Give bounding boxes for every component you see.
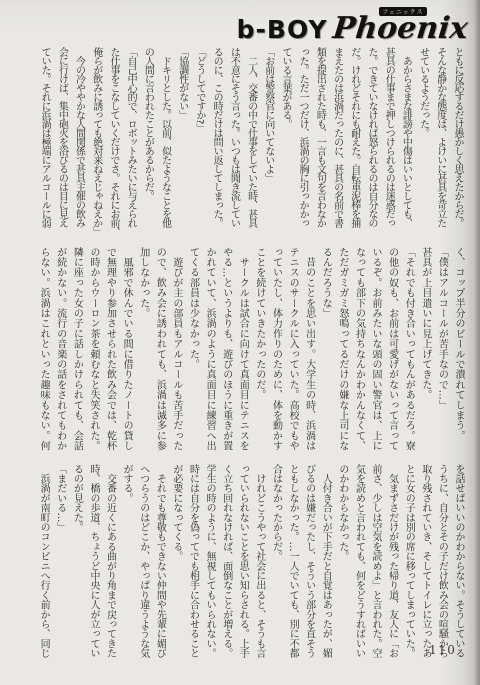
text-column: だ。けれどそれにも耐えた。自転車泥棒を捕 (346, 47, 363, 243)
text-column: 「まだいる…」 (51, 464, 68, 666)
text-column: のかわからなかった。 (333, 464, 350, 666)
text-column: 合はなかったからだ。 (267, 464, 284, 666)
text-column: それでも尊敬もできない仲間や先輩に媚び (151, 464, 168, 666)
text-column: 会に行けば、集中砲火を浴びるのは目に見え (53, 47, 70, 243)
text-column: 時には自分を偽ってでも相手に合わせること (184, 464, 201, 666)
text-column: 「僕はアルコールが苦手なので…」 (433, 247, 450, 459)
text-column: まえたのは浜渦だったのに、甚具の名前で書 (328, 47, 345, 243)
text-column: っていたし、体力作りのために、体を動かす (267, 247, 284, 459)
text-column: は不意にそう言った。いつもは聞き流してい (225, 47, 242, 243)
text-column: 「お前は警察官に向いてないよ」 (260, 47, 277, 243)
text-column: 「それでも付き合いってもんがあるだろ。寮 (400, 247, 417, 459)
text-column: た。できていなければ怒られるのは自分なの (363, 47, 380, 243)
text-column: ともしなかった。…一人でいても、別に不都 (283, 464, 300, 666)
logo-phoenix-wrap: フェニックス Phoenix (333, 8, 468, 44)
text-column: てくる部員は少なかった。 (184, 247, 201, 459)
text-column: 人付き合いが下手だと自覚はあったが、媚 (317, 464, 334, 666)
text-tier-top: ともに反応するだけ愚かしく思えたからだ。そんな静かな態度は、よけいに甚具を苛立た… (36, 47, 466, 243)
text-column: ただガミガミ怒鳴ってるだけの嫌な上司にな (333, 247, 350, 459)
text-column: うちに、自分とその子だけ飲み会の喧騒から (433, 464, 450, 666)
text-column: へつらうのはどこか、やっぱり違うような気 (134, 464, 151, 666)
text-column: の時からウーロン茶を頼むなと失笑された。 (84, 247, 101, 459)
text-column: が必要になってくる。 (167, 464, 184, 666)
text-column: ドキリとした。以前、似たようなことを他 (156, 47, 173, 243)
text-column: びるのは嫌だったし、そういう部分を直そう (300, 464, 317, 666)
text-column: 学生の時のように、無視してもいられない。 (201, 464, 218, 666)
text-column: 昔のことを思い出す。大学生の時、浜渦は (300, 247, 317, 459)
text-column: 時、橋の歩道、ちょうど中央に人が立ってい (84, 464, 101, 666)
text-column: ていた。それに浜渦は極端にアルコールに弱 (36, 47, 53, 243)
text-column: を話せばいいのかわからない。そうしている (449, 464, 466, 666)
text-column: なっても部下の気持ちなんかわかんなくて、 (350, 247, 367, 459)
text-column: 二人、交番の中で仕事をしていた時、甚具 (242, 47, 259, 243)
text-column: った。ただ一つだけ、浜渦の胸に引っかかっ (294, 47, 311, 243)
text-column: 隣に座った女の子に話しかけられても、会話 (68, 247, 85, 459)
text-column: の人間に言われたことがあるからだ。 (139, 47, 156, 243)
magazine-logo: b-BOY フェニックス Phoenix (0, 8, 468, 44)
text-column: かれていて、浜渦のように真面目に練習へ出 (201, 247, 218, 459)
text-column: 「協調性がない」 (174, 47, 191, 243)
logo-phoenix-text: Phoenix (332, 14, 470, 44)
text-column: らない。浜渦はこれといった趣味もない。何 (35, 247, 52, 459)
text-column: るんだろうな」 (317, 247, 334, 459)
logo-bboy-text: b-BOY (237, 15, 328, 44)
text-column: 風邪で休んでいる間に借りたノートの貸し (118, 247, 135, 459)
text-column: がする。 (118, 464, 135, 666)
text-column: あからさまな誹謗や中傷はいいとしても、 (397, 47, 414, 243)
text-column: 今の冷ややかな人間関係で甚具主催の飲み (70, 47, 87, 243)
text-column: た仕事をこなしていくだけでさ。それにお前、 (105, 47, 122, 243)
text-column: けれどこうやって社会に出ると、そうも言 (250, 464, 267, 666)
text-column: サークルは試合に向けて真面目にテニスを (234, 247, 251, 459)
text-column: そんな静かな態度は、よけいに甚具を苛立た (432, 47, 449, 243)
text-column: ともに反応するだけ愚かしく思えたからだ。 (449, 47, 466, 243)
text-column: いるぞ。お前みたいな頭の固い警官は、上に (366, 247, 383, 459)
text-column: 交番の近くにある曲がり角まで戻ってきた (101, 464, 118, 666)
text-column: 浜渦が南町のコンビニへ行く前から、同じ (35, 464, 52, 666)
text-column: るのに、この時だけは問い返してしまった。 (208, 47, 225, 243)
text-column: 遊びが主の部員もアルコールも苦手だった (167, 247, 184, 459)
text-column: せているようだった。 (414, 47, 431, 243)
text-column: るのが見えた。 (68, 464, 85, 666)
text-column: 俺らが飲みに誘っても絶対来ねえじゃねえか」 (88, 47, 105, 243)
text-column: 甚具の仕事まで押しつけられるのは迷惑だっ (380, 47, 397, 243)
text-column: ことを続けていきたかったのだ。 (250, 247, 267, 459)
text-column: やる…というよりも、遊びのほうに重きが置 (217, 247, 234, 459)
text-column: ので、飲み会に誘われても、浜渦は滅多に参 (151, 247, 168, 459)
text-column: テニスのサークルに入っていた。高校でもや (283, 247, 300, 459)
scanned-book-page: b-BOY フェニックス Phoenix ともに反応するだけ愚かしく思えたからだ… (0, 0, 480, 685)
text-column: 前さ、少しは空気を読めよ」と言われた。空 (366, 464, 383, 666)
text-column: 「自己中心的で、ロボットみたいに与えられ (122, 47, 139, 243)
text-column: く立ち回れなければ、面倒なことが増える。 (217, 464, 234, 666)
text-column: 甚具が上目遣いに見上げてきた。 (416, 247, 433, 459)
text-column: 取り残されていき、そしてトイレに立ったあ (416, 464, 433, 666)
text-column: の他の奴も、お前は可愛げがないって言って (383, 247, 400, 459)
text-column: 類を提出された時も、一言も文句を言わなか (311, 47, 328, 243)
text-column: ている言葉がある。 (277, 47, 294, 243)
text-tier-middle: く、コップ半分のビールで潰れてしまう。「僕はアルコールが苦手なので…」甚具が上目… (35, 247, 466, 459)
page-number: 110 (429, 643, 456, 657)
text-column: が続かない。流行の音楽の話をされてもわか (51, 247, 68, 459)
text-column: っていられないことを思い知らされる。上手 (234, 464, 251, 666)
binding-gutter-shadow (474, 0, 480, 685)
text-column: で無理やり参加させられた飲み会では、乾杯 (101, 247, 118, 459)
text-column: く、コップ半分のビールで潰れてしまう。 (449, 247, 466, 459)
text-column: 加しなかった。 (134, 247, 151, 459)
text-column: とに女の子は別の席に移ってしまっていた。 (400, 464, 417, 666)
text-tier-bottom: を話せばいいのかわからない。そうしているうちに、自分とその子だけ飲み会の喧騒から… (35, 464, 466, 666)
text-column: 気まずさだけが残った帰り道、友人に「お (383, 464, 400, 666)
text-column: 気を読めと言われても、何をどうすればいい (350, 464, 367, 666)
text-column: 「どうしてですか?」 (191, 47, 208, 243)
